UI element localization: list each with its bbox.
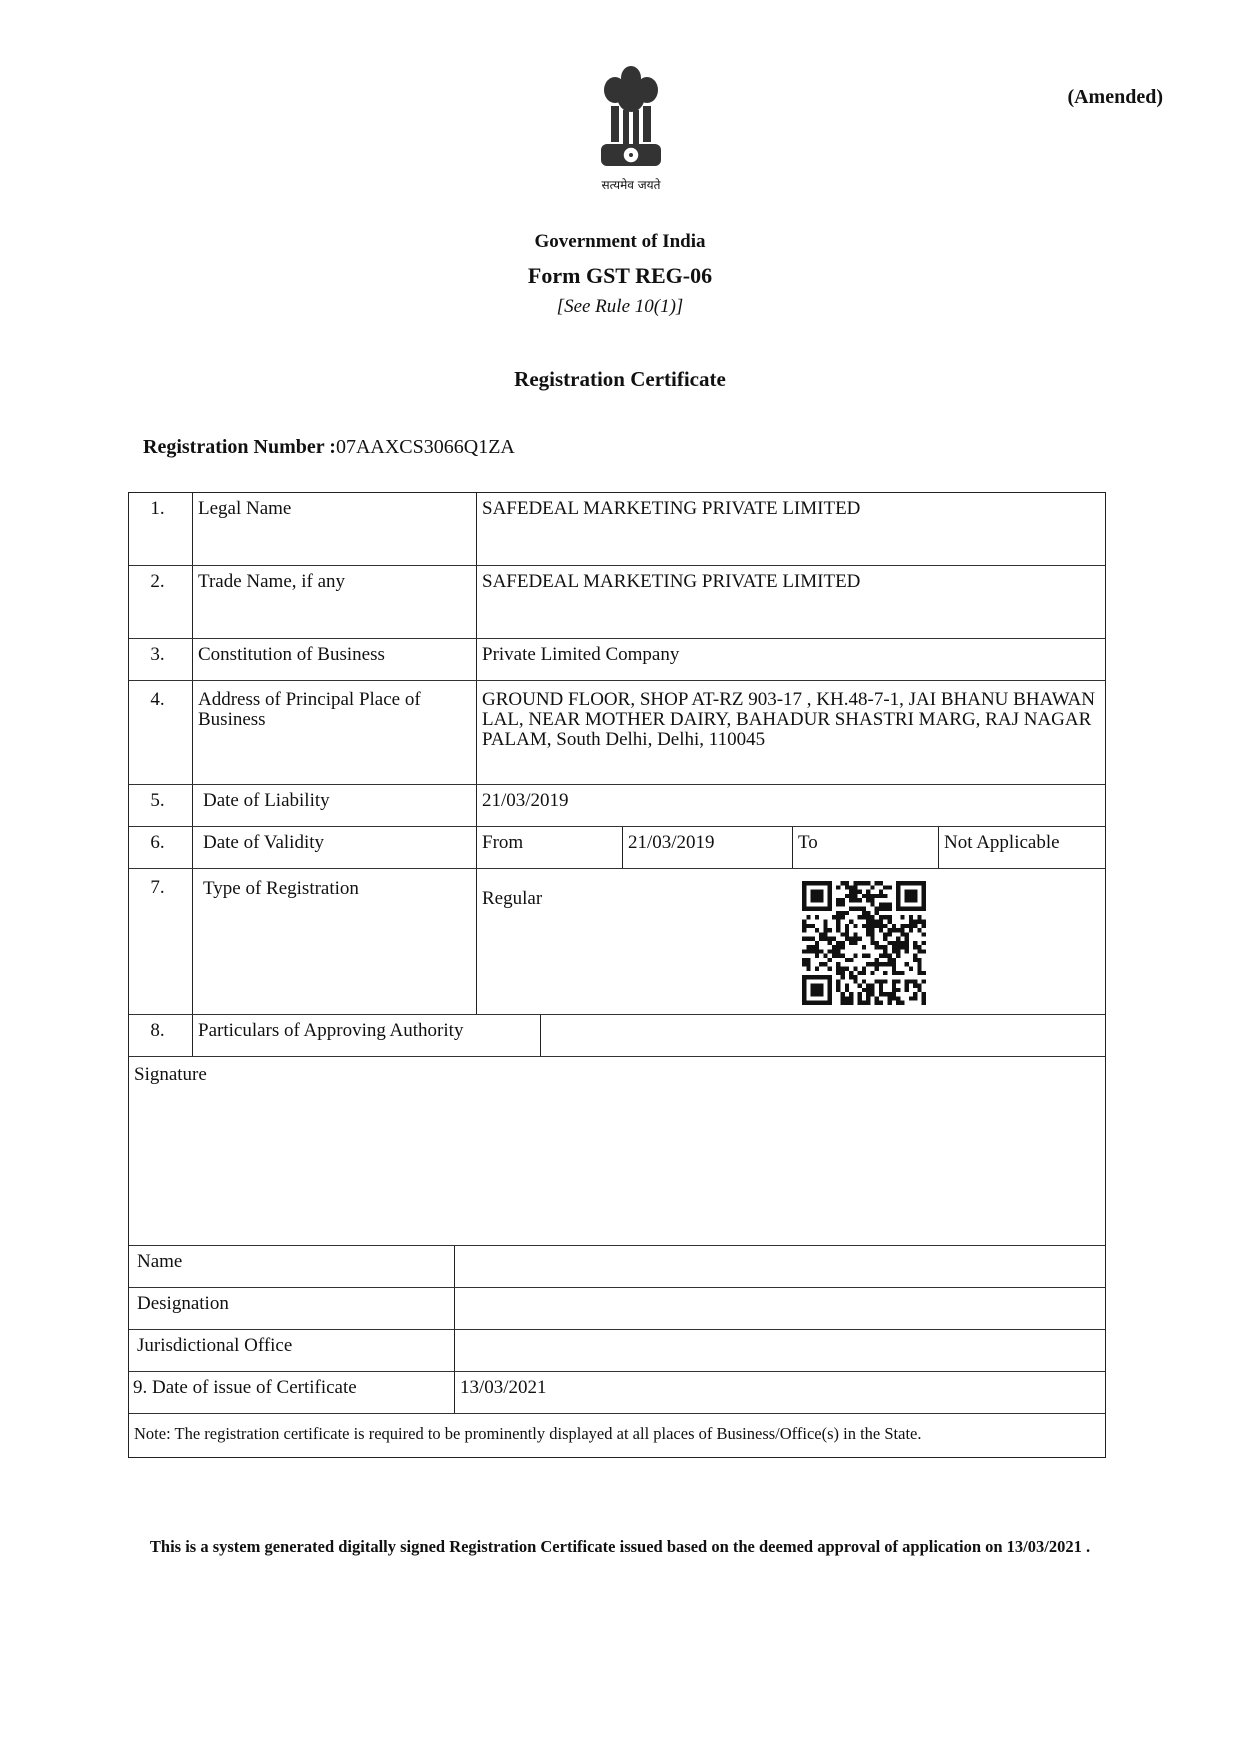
registration-number-label: Registration Number : bbox=[143, 436, 336, 458]
rule-reference: [See Rule 10(1)] bbox=[0, 296, 1240, 318]
jurisdictional-office-label: Jurisdictional Office bbox=[129, 1330, 455, 1371]
table-row: 8. Particulars of Approving Authority bbox=[129, 1015, 1105, 1057]
name-label: Name bbox=[129, 1246, 455, 1287]
table-row: 6. Date of Validity From 21/03/2019 To N… bbox=[129, 827, 1105, 869]
qr-code-icon bbox=[802, 881, 926, 1005]
certificate-table: 1. Legal Name SAFEDEAL MARKETING PRIVATE… bbox=[128, 492, 1106, 1458]
table-row: 4. Address of Principal Place of Busines… bbox=[129, 681, 1105, 785]
table-row: 5. Date of Liability 21/03/2019 bbox=[129, 785, 1105, 827]
registration-type-value: Regular bbox=[482, 888, 542, 909]
form-title: Form GST REG-06 bbox=[0, 263, 1240, 289]
row-number: 1. bbox=[129, 493, 193, 565]
row-label: Constitution of Business bbox=[193, 639, 477, 680]
validity-from-value: 21/03/2019 bbox=[623, 827, 793, 868]
row-label: Date of Validity bbox=[193, 827, 477, 868]
system-generated-footer: This is a system generated digitally sig… bbox=[0, 1537, 1240, 1557]
registration-type-cell: Regular bbox=[477, 869, 1105, 1014]
registration-number: Registration Number :07AAXCS3066Q1ZA bbox=[143, 436, 515, 459]
address-value: GROUND FLOOR, SHOP AT-RZ 903-17 , KH.48-… bbox=[477, 681, 1105, 784]
row-number: 7. bbox=[129, 869, 193, 1014]
note-row: Note: The registration certificate is re… bbox=[129, 1414, 1105, 1457]
table-row: 9. Date of issue of Certificate 13/03/20… bbox=[129, 1372, 1105, 1414]
constitution-value: Private Limited Company bbox=[477, 639, 1105, 680]
row-label: Particulars of Approving Authority bbox=[193, 1015, 541, 1056]
table-row: 3. Constitution of Business Private Limi… bbox=[129, 639, 1105, 681]
row-number: 6. bbox=[129, 827, 193, 868]
designation-value bbox=[455, 1288, 1105, 1329]
row-number: 8. bbox=[129, 1015, 193, 1056]
table-row: 1. Legal Name SAFEDEAL MARKETING PRIVATE… bbox=[129, 493, 1105, 566]
emblem-motto: सत्यमेव जयते bbox=[576, 176, 686, 193]
display-note: Note: The registration certificate is re… bbox=[129, 1414, 1105, 1457]
row-number: 2. bbox=[129, 566, 193, 638]
designation-label: Designation bbox=[129, 1288, 455, 1329]
table-row: Name bbox=[129, 1246, 1105, 1288]
approving-authority-value bbox=[541, 1015, 1105, 1056]
validity-to-label: To bbox=[793, 827, 939, 868]
row-label: Legal Name bbox=[193, 493, 477, 565]
national-emblem-icon bbox=[593, 62, 669, 174]
jurisdictional-office-value bbox=[455, 1330, 1105, 1371]
validity-to-value: Not Applicable bbox=[939, 827, 1105, 868]
signature-row: Signature bbox=[129, 1057, 1105, 1246]
signature-label: Signature bbox=[129, 1057, 1105, 1245]
table-row: Jurisdictional Office bbox=[129, 1330, 1105, 1372]
table-row: Designation bbox=[129, 1288, 1105, 1330]
table-row: 2. Trade Name, if any SAFEDEAL MARKETING… bbox=[129, 566, 1105, 639]
validity-from-label: From bbox=[477, 827, 623, 868]
registration-number-value: 07AAXCS3066Q1ZA bbox=[336, 436, 515, 458]
row-number: 3. bbox=[129, 639, 193, 680]
row-label: Date of Liability bbox=[193, 785, 477, 826]
row-number: 4. bbox=[129, 681, 193, 784]
name-value bbox=[455, 1246, 1105, 1287]
issue-date-value: 13/03/2021 bbox=[455, 1372, 1105, 1413]
liability-date-value: 21/03/2019 bbox=[477, 785, 1105, 826]
row-label: Type of Registration bbox=[193, 869, 477, 1014]
certificate-title: Registration Certificate bbox=[0, 367, 1240, 392]
issue-date-label: 9. Date of issue of Certificate bbox=[129, 1372, 455, 1413]
legal-name-value: SAFEDEAL MARKETING PRIVATE LIMITED bbox=[477, 493, 1105, 565]
row-label: Trade Name, if any bbox=[193, 566, 477, 638]
row-label: Address of Principal Place of Business bbox=[193, 681, 477, 784]
government-heading: Government of India bbox=[0, 231, 1240, 253]
trade-name-value: SAFEDEAL MARKETING PRIVATE LIMITED bbox=[477, 566, 1105, 638]
national-emblem: सत्यमेव जयते bbox=[576, 62, 686, 202]
row-number: 5. bbox=[129, 785, 193, 826]
table-row: 7. Type of Registration Regular bbox=[129, 869, 1105, 1015]
amended-label: (Amended) bbox=[1067, 86, 1163, 109]
